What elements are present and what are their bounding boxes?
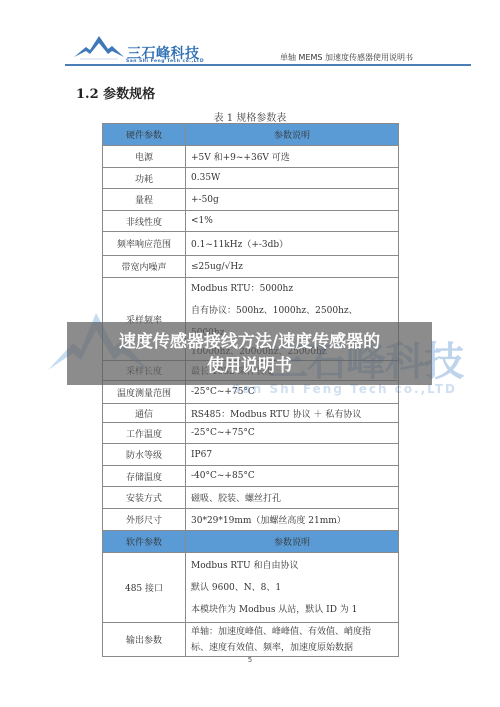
table-row: 485 接口 Modbus RTU 和自由协议 默认 9600、N、8、1 本模… [103,553,399,623]
overlay-title-line: 使用说明书 [207,354,292,378]
table-row: 外形尺寸 30*29*19mm（加螺丝高度 21mm） [103,509,399,531]
mountain-logo-icon [74,33,124,61]
table-caption: 表 1 规格参数表 [0,109,500,124]
param-name: 工作温度 [103,423,186,444]
table-header-row: 硬件参数 参数说明 [103,124,399,146]
table-row: 电源 +5V 和+9~+36V 可选 [103,146,399,168]
document-title: 单轴 MEMS 加速度传感器使用说明书 [280,52,413,63]
table-row: 工作温度 -25°C~+75°C [103,423,399,444]
param-name: 存储温度 [103,466,186,487]
table-row: 防水等级 IP67 [103,444,399,466]
param-desc: 磁吸、胶装、螺丝打孔 [186,487,399,509]
table-header-cell: 软件参数 [103,531,186,553]
param-desc: -25°C~+75°C [186,423,399,444]
param-desc: <1% [186,211,399,232]
param-name: 输出参数 [103,623,186,657]
page-number: 5 [0,656,500,664]
table-row: 存储温度 -40°C~+85°C [103,466,399,487]
param-name: 非线性度 [103,211,186,232]
table-row: 输出参数 单轴：加速度峰值、峰峰值、有效值、峭度指 标、速度有效值、频率，加速度… [103,623,399,657]
param-name: 外形尺寸 [103,509,186,531]
table-subheader-row: 软件参数 参数说明 [103,531,399,553]
param-name: 485 接口 [103,553,186,623]
table-row: 通信 RS485：Modbus RTU 协议 ＋ 私有协议 [103,404,399,423]
param-desc: 0.1~11kHz（+-3db） [186,232,399,256]
table-row: 非线性度 <1% [103,211,399,232]
table-row: 量程 +-50g [103,189,399,211]
table-row: 带宽内噪声 ≤25ug/√Hz [103,256,399,278]
param-name: 频率响应范围 [103,232,186,256]
table-header-cell: 参数说明 [186,531,399,553]
title-overlay: 速度传感器接线方法/速度传感器的 使用说明书 [67,322,432,385]
param-name: 量程 [103,189,186,211]
table-header-cell: 参数说明 [186,124,399,146]
section-title: 1.2 参数规格 [76,83,155,102]
param-desc: +5V 和+9~+36V 可选 [186,146,399,168]
param-name: 通信 [103,404,186,423]
param-desc: 30*29*19mm（加螺丝高度 21mm） [186,509,399,531]
param-desc: Modbus RTU 和自由协议 默认 9600、N、8、1 本模块作为 Mod… [186,553,399,623]
param-name: 功耗 [103,168,186,189]
param-desc-line: 标、速度有效值、频率，加速度原始数据 [191,640,393,656]
param-desc: IP67 [186,444,399,466]
param-desc-line: 单轴：加速度峰值、峰峰值、有效值、峭度指 [191,624,393,640]
param-desc-line: Modbus RTU：5000hz [191,278,393,300]
param-desc: 单轴：加速度峰值、峰峰值、有效值、峭度指 标、速度有效值、频率，加速度原始数据 [186,623,399,657]
param-name: 电源 [103,146,186,168]
table-row: 功耗 0.35W [103,168,399,189]
param-name: 安装方式 [103,487,186,509]
param-desc: 0.35W [186,168,399,189]
param-desc: +-50g [186,189,399,211]
table-row: 频率响应范围 0.1~11kHz（+-3db） [103,232,399,256]
param-desc: -40°C~+85°C [186,466,399,487]
table-header-cell: 硬件参数 [103,124,186,146]
param-desc: RS485：Modbus RTU 协议 ＋ 私有协议 [186,404,399,423]
header-divider [65,64,471,66]
param-desc-line: 默认 9600、N、8、1 [191,577,393,599]
param-name: 带宽内噪声 [103,256,186,278]
table-row: 安装方式 磁吸、胶装、螺丝打孔 [103,487,399,509]
overlay-title-line: 速度传感器接线方法/速度传感器的 [119,330,380,354]
param-desc-line: Modbus RTU 和自由协议 [191,555,393,577]
param-desc-line: 本模块作为 Modbus 从站，默认 ID 为 1 [191,599,393,621]
param-name: 防水等级 [103,444,186,466]
param-desc: ≤25ug/√Hz [186,256,399,278]
